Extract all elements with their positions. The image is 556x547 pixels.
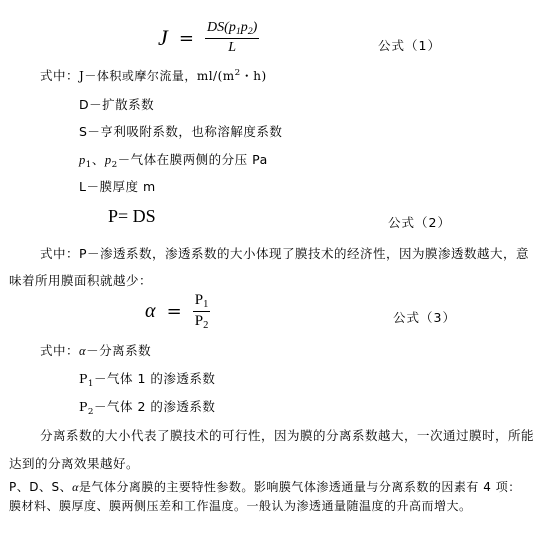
formula-3-equals: = (167, 301, 182, 322)
para-2-line-2: 达到的分离效果越好。 (9, 454, 139, 472)
formula-1: J = DS(p1p2) L (158, 20, 259, 56)
formula-3-label: 公式（3） (393, 308, 456, 326)
defs-1-j-line: 式中：J－体积或摩尔流量，ml/(m2・h) (40, 66, 267, 84)
formula-1-denominator: L (228, 39, 236, 56)
formula-1-numerator: DS(p1p2) (205, 20, 259, 39)
para-3-line-2: 膜材料、膜厚度、膜两侧压差和工作温度。一般认为渗透通量随温度的升高而增大。 (9, 497, 472, 514)
formula-3-lhs: α (145, 300, 156, 322)
para-2-line-1: 分离系数的大小代表了膜技术的可行性，因为膜的分离系数越大，一次通过膜时，所能 (40, 426, 534, 444)
formula-1-label: 公式（1） (378, 36, 441, 54)
defs-3-p2-line: P2－气体 2 的渗透系数 (79, 397, 215, 417)
defs-1-l-line: L－膜厚度 m (79, 177, 156, 195)
defs-3-p1-line: P1－气体 1 的渗透系数 (79, 369, 215, 389)
para-3-line-1: P、D、S、α是气体分离膜的主要特性参数。影响膜气体渗透通量与分离系数的因素有 … (9, 478, 521, 495)
defs-1-d-line: D－扩散系数 (79, 95, 154, 113)
defs-1-s-line: S－亨利吸附系数，也称溶解度系数 (79, 122, 282, 140)
formula-2-label: 公式（2） (388, 213, 451, 231)
formula-1-equals: = (179, 28, 194, 49)
formula-3-fraction: P1 P2 (193, 292, 211, 331)
para-1-line-1: 式中：P－渗透系数，渗透系数的大小体现了膜技术的经济性，因为膜渗透数越大，意 (40, 244, 529, 262)
defs-1-p-line: p1、p2－气体在膜两侧的分压 Pa (79, 150, 268, 170)
formula-1-lhs: J (158, 25, 168, 50)
formula-3-denominator: P2 (195, 312, 209, 331)
defs-3-alpha-line: 式中：α－分离系数 (40, 341, 151, 359)
formula-2: P= DS (108, 206, 156, 227)
formula-3-numerator: P1 (193, 292, 211, 312)
formula-1-fraction: DS(p1p2) L (205, 20, 259, 56)
formula-3: α = P1 P2 (145, 292, 210, 331)
para-1-line-2: 味着所用膜面积就越少： (9, 271, 152, 289)
